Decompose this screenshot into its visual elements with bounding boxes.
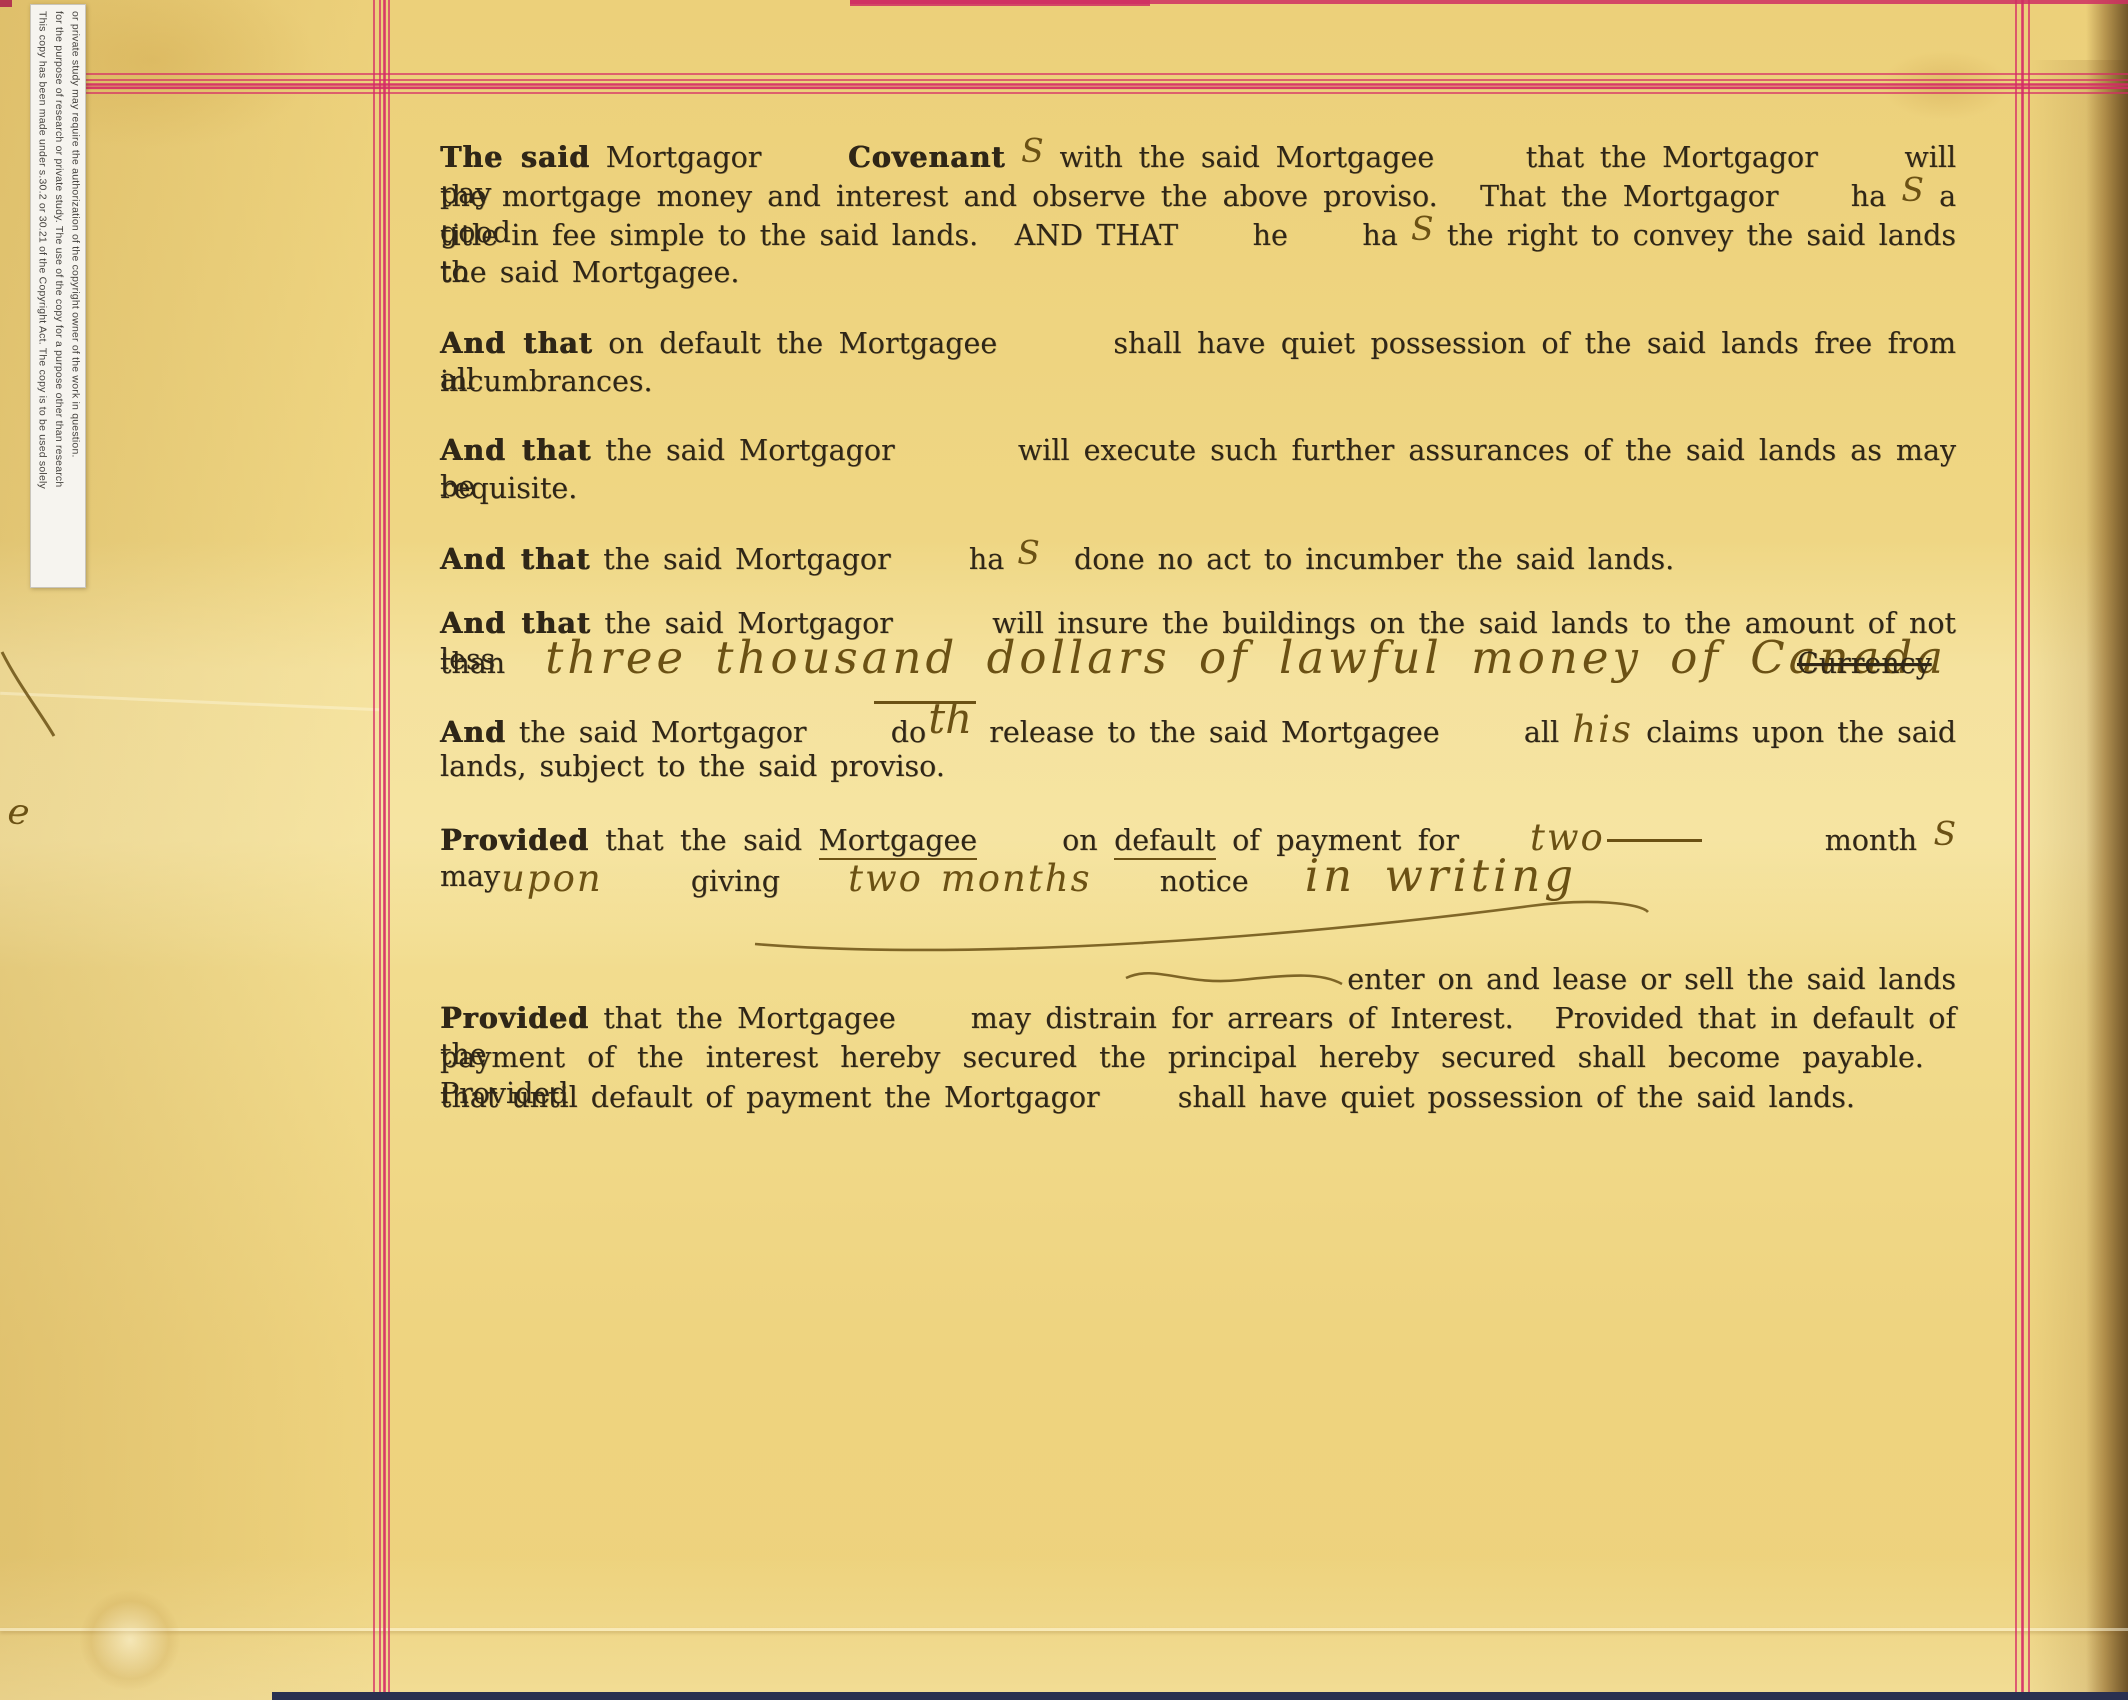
printed-text: claims upon the said [1646,716,1956,749]
printed-text: ha [1362,219,1397,252]
printed-text: incumbrances. [440,365,653,398]
handwritten-insertion: two months [848,857,1091,900]
form-blank-space [1113,1106,1165,1107]
handwritten-insertion: upon [501,857,603,900]
handwritten-insertion: his [1572,708,1633,751]
handwritten-letter-s: S [1411,209,1434,248]
document-line: than three thousand dollars of lawful mo… [440,640,1956,682]
printed-text: title in fee simple to the said lands. [440,219,978,252]
handwritten-letter-s: S [1021,131,1044,170]
document-line: the said Mortgagee. [440,255,1956,291]
form-blank-space [793,890,835,891]
copyright-notice-label: This copy has been made under s.30.2 or … [30,4,86,588]
handwritten-letter-s: S [1901,170,1924,209]
form-blank-space [1834,166,1889,167]
copyright-notice-line: This copy has been made under s.30.2 or … [34,11,51,581]
blackletter-lead-word: Provided [440,823,589,857]
form-blank-space [1946,1066,1956,1067]
form-blank-space [1718,849,1808,850]
printed-text: the said Mortgagor [605,434,894,467]
handwritten-insertion-large: three thousand dollars of lawful money o… [545,631,1947,684]
scanned-mortgage-document-page: This copy has been made under s.30.2 or … [0,0,2128,1700]
printed-text: ha [969,543,1004,576]
form-blank-space [1453,741,1511,742]
copyright-notice-line: for the purpose of research or private s… [51,11,68,581]
document-line: that until default of payment the Mortga… [440,1080,1956,1116]
printed-text: that the Mortgagor [1526,141,1818,174]
blackletter-lead-word: And that [440,542,590,576]
printed-text: That the Mortgagor [1480,180,1778,213]
handwritten-letter-s: S [1017,533,1040,572]
printed-text: may distrain for arrears of Interest. [971,1002,1514,1035]
blackletter-lead-word: And that [440,433,591,467]
form-blank-space [820,741,878,742]
form-blank-space [1191,244,1239,245]
form-blank-space [1794,205,1836,206]
handwritten-letter-s: S [1934,814,1957,853]
handwritten-insertion-large: in writing [1305,849,1577,902]
printed-text: payment of the interest hereby secured t… [440,1041,1924,1074]
printed-text: that the Mortgagee [603,1002,896,1035]
printed-text: he [1253,219,1288,252]
printed-text: release to the said Mortgagee [989,716,1439,749]
form-blank-space [1105,890,1147,891]
printed-text: that until default of payment the Mortga… [440,1081,1100,1114]
printed-text: done no act to incumber the said lands. [1074,543,1674,576]
form-blank-space [616,890,678,891]
printed-text: with the said Mortgagee [1059,141,1434,174]
printed-text-underlined: default [1114,824,1216,860]
form-blank-space [1528,1027,1540,1028]
document-line: And the said Mortgagor doth release to t… [440,710,1956,751]
printed-text: the said Mortgagor [603,543,890,576]
printed-text: month [1825,824,1917,857]
printed-word-struck-through: Currency [1797,646,1932,682]
copyright-notice-line: or private study may require the authori… [67,11,84,581]
printed-text: requisite. [440,472,577,505]
blackletter-lead-word: Covenant [848,140,1005,174]
blackletter-lead-word: The said [440,140,590,174]
printed-text: notice [1160,865,1249,898]
printed-text: than [440,647,505,680]
printed-text: enter on and lease or sell the said land… [1347,963,1956,996]
form-blank-space [1013,352,1098,353]
form-blank-space [910,1027,956,1028]
document-line: incumbrances. [440,364,1956,400]
blackletter-lead-word: And that [440,326,593,360]
form-blank-space [777,166,832,167]
form-blank-space [440,890,488,891]
printed-text: on [1062,824,1098,857]
blackletter-lead-word: Provided [440,1001,589,1035]
document-line: And that the said Mortgagor ha S done no… [440,540,1956,578]
printed-text: the mortgage money and interest and obse… [440,180,1438,213]
handwritten-th-superscript: th [874,701,976,734]
form-blank-space [1450,166,1510,167]
document-text-layer: The said Mortgagor Covenant S with the s… [0,0,2128,1700]
form-blank-space [1453,205,1465,206]
printed-text: that the said [605,824,802,857]
form-blank-space [991,244,1001,245]
form-blank-space [904,568,956,569]
printed-text: on default the Mortgagee [608,327,997,360]
printed-text: giving [691,865,780,898]
form-blank-space [518,672,532,673]
printed-text: lands, subject to the said proviso. [440,750,945,783]
printed-text: shall have quiet possession of the said … [1178,1081,1855,1114]
printed-text: all [1524,716,1559,749]
document-line: requisite. [440,471,1956,507]
form-blank-space [909,459,1004,460]
form-blank-space [994,849,1046,850]
form-blank-space [1301,244,1349,245]
printed-text: the said Mortgagor [519,716,807,749]
printed-text: Mortgagor [606,141,762,174]
printed-text: AND THAT [1015,219,1179,252]
form-blank-space [1262,890,1292,891]
printed-text: the said Mortgagee. [440,256,739,289]
printed-text-underlined: Mortgagee [819,824,978,860]
form-blank-space [1053,568,1061,569]
document-line: upon giving two months notice in writing [440,858,1956,900]
document-line: enter on and lease or sell the said land… [440,962,1956,998]
document-line: lands, subject to the said proviso. [440,749,1956,785]
printed-text: ha [1851,180,1886,213]
blackletter-lead-word: And [440,715,506,749]
